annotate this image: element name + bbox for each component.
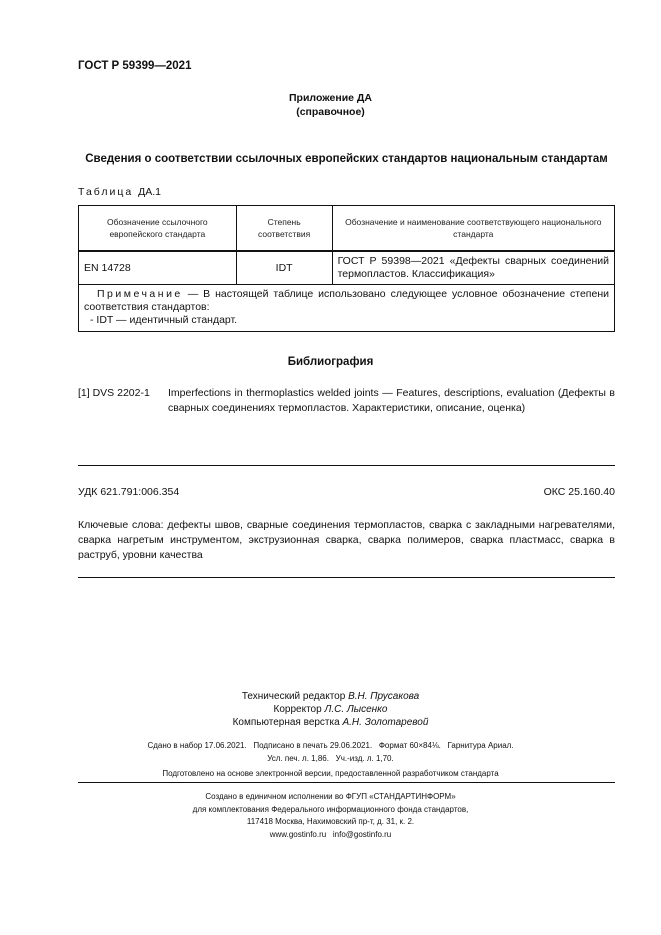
annex-title: Приложение ДА xyxy=(0,91,661,105)
udk-code: УДК 621.791:006.354 xyxy=(78,486,179,498)
table-caption-number: ДА.1 xyxy=(138,186,161,198)
annex-heading: Приложение ДА (справочное) xyxy=(0,91,661,119)
staff-credits: Технический редактор В.Н. Прусакова Корр… xyxy=(0,690,661,729)
divider-publisher xyxy=(78,782,615,783)
bibliography-text: Imperfections in thermoplastics welded j… xyxy=(168,386,615,416)
print-info: Сдано в набор 17.06.2021. Подписано в пе… xyxy=(0,739,661,765)
staff-proofreader: Корректор Л.С. Лысенко xyxy=(0,703,661,716)
annex-subtitle: (справочное) xyxy=(0,105,661,119)
table-note-row: Примечание — В настоящей таблице использ… xyxy=(79,285,615,332)
publisher-line3: 117418 Москва, Нахимовский пр-т, д. 31, … xyxy=(0,816,661,829)
note-item: - IDT — идентичный стандарт. xyxy=(84,314,609,327)
divider-bottom xyxy=(78,577,615,578)
oks-code: ОКС 25.160.40 xyxy=(544,486,615,498)
divider-top xyxy=(78,465,615,466)
header-degree: Степень соответствия xyxy=(236,206,332,252)
header-ref-standard: Обозначение ссылочного европейского стан… xyxy=(79,206,237,252)
table-note: Примечание — В настоящей таблице использ… xyxy=(79,285,615,332)
table-caption: Таблица ДА.1 xyxy=(78,186,161,198)
table-row: EN 14728 IDT ГОСТ Р 59398—2021 «Дефекты … xyxy=(79,251,615,285)
bibliography-title: Библиография xyxy=(0,356,661,368)
section-title: Сведения о соответствии ссылочных европе… xyxy=(78,153,615,165)
document-id: ГОСТ Р 59399—2021 xyxy=(78,60,191,72)
prepared-note: Подготовлено на основе электронной верси… xyxy=(0,769,661,778)
table-caption-label: Таблица xyxy=(78,186,133,198)
note-label: Примечание xyxy=(97,288,183,300)
staff-editor: Технический редактор В.Н. Прусакова xyxy=(0,690,661,703)
publisher-line2: для комплектования Федерального информац… xyxy=(0,804,661,817)
publisher-contacts: www.gostinfo.ru info@gostinfo.ru xyxy=(0,829,661,842)
header-national-standard: Обозначение и наименование соответствующ… xyxy=(332,206,614,252)
bibliography-entry: [1] DVS 2202-1 Imperfections in thermopl… xyxy=(78,386,615,416)
print-info-line1: Сдано в набор 17.06.2021. Подписано в пе… xyxy=(0,739,661,752)
table-header-row: Обозначение ссылочного европейского стан… xyxy=(79,206,615,252)
correspondence-table: Обозначение ссылочного европейского стан… xyxy=(78,205,615,332)
print-info-line2: Усл. печ. л. 1,86. Уч.-изд. л. 1,70. xyxy=(0,752,661,765)
keywords: Ключевые слова: дефекты швов, сварные со… xyxy=(78,518,615,563)
cell-national-standard: ГОСТ Р 59398—2021 «Дефекты сварных соеди… xyxy=(332,251,614,285)
publisher-info: Создано в единичном исполнении во ФГУП «… xyxy=(0,791,661,841)
publisher-line1: Создано в единичном исполнении во ФГУП «… xyxy=(0,791,661,804)
cell-degree: IDT xyxy=(236,251,332,285)
cell-ref-standard: EN 14728 xyxy=(79,251,237,285)
bibliography-ref: [1] DVS 2202-1 xyxy=(78,386,150,401)
staff-layout: Компьютерная верстка А.Н. Золотаревой xyxy=(0,716,661,729)
